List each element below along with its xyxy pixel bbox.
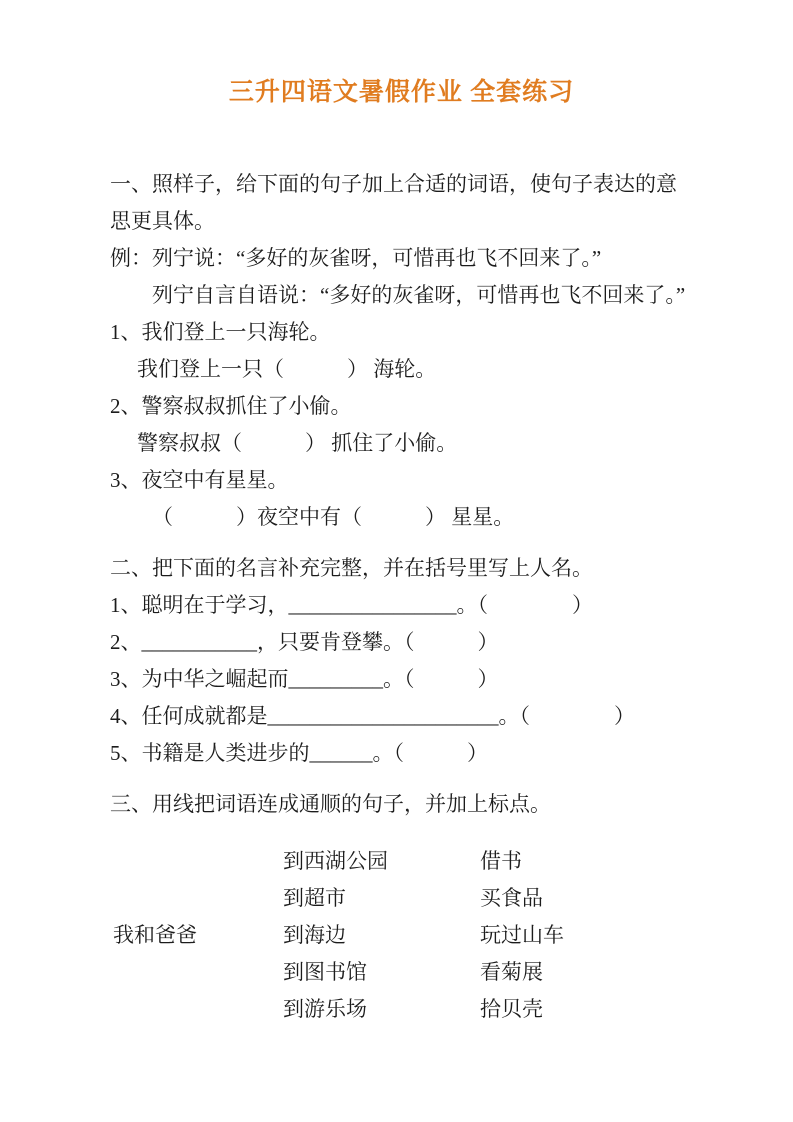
matching-destination-3: 到海边	[283, 917, 480, 954]
section-1-item-3-question: 3、夜空中有星星。	[110, 462, 693, 499]
section-3-heading: 三、用线把词语连成通顺的句子，并加上标点。	[110, 786, 693, 823]
section-1-heading: 一、照样子，给下面的句子加上合适的词语，使句子表达的意思更具体。	[110, 166, 693, 240]
section-2-item-5: 5、书籍是人类进步的______。（ ）	[110, 735, 693, 772]
matching-destination-2: 到超市	[283, 880, 480, 917]
section-3: 三、用线把词语连成通顺的句子，并加上标点。 我和爸爸 到西湖公园 到超市 到海边…	[110, 786, 693, 1028]
worksheet-page: 三升四语文暑假作业 全套练习 一、照样子，给下面的句子加上合适的词语，使句子表达…	[0, 0, 793, 1122]
section-2-item-1: 1、聪明在于学习，________________。（ ）	[110, 587, 693, 624]
section-1: 一、照样子，给下面的句子加上合适的词语，使句子表达的意思更具体。 例：列宁说：“…	[110, 166, 693, 536]
matching-destination-5: 到游乐场	[283, 991, 480, 1028]
document-title: 三升四语文暑假作业 全套练习	[110, 72, 693, 108]
section-1-item-2-answer: 警察叔叔（ ） 抓住了小偷。	[110, 425, 693, 462]
section-1-item-1-question: 1、我们登上一只海轮。	[110, 314, 693, 351]
matching-activity-1: 借书	[480, 843, 693, 880]
matching-activity-4: 看菊展	[480, 954, 693, 991]
section-2-item-4: 4、任何成就都是______________________。（ ）	[110, 698, 693, 735]
matching-destination-4: 到图书馆	[283, 954, 480, 991]
matching-destination-column: 到西湖公园 到超市 到海边 到图书馆 到游乐场	[283, 843, 480, 1028]
section-1-example-line-1: 例：列宁说：“多好的灰雀呀，可惜再也飞不回来了。”	[110, 240, 693, 277]
section-1-example-line-2: 列宁自言自语说：“多好的灰雀呀，可惜再也飞不回来了。”	[110, 277, 693, 314]
section-2-item-2: 2、___________，只要肯登攀。（ ）	[110, 624, 693, 661]
matching-activity-2: 买食品	[480, 880, 693, 917]
section-2-heading: 二、把下面的名言补充完整，并在括号里写上人名。	[110, 550, 693, 587]
matching-activity-5: 拾贝壳	[480, 991, 693, 1028]
matching-subject-column: 我和爸爸	[110, 843, 283, 1028]
section-2-item-3: 3、为中华之崛起而_________。（ ）	[110, 661, 693, 698]
section-1-item-2-question: 2、警察叔叔抓住了小偷。	[110, 388, 693, 425]
section-2: 二、把下面的名言补充完整，并在括号里写上人名。 1、聪明在于学习，_______…	[110, 550, 693, 772]
matching-activity-3: 玩过山车	[480, 917, 693, 954]
worksheet-content: 一、照样子，给下面的句子加上合适的词语，使句子表达的意思更具体。 例：列宁说：“…	[110, 166, 693, 1028]
matching-activity-column: 借书 买食品 玩过山车 看菊展 拾贝壳	[480, 843, 693, 1028]
matching-destination-1: 到西湖公园	[283, 843, 480, 880]
section-1-item-3-answer: （ ）夜空中有（ ） 星星。	[110, 499, 693, 536]
matching-exercise: 我和爸爸 到西湖公园 到超市 到海边 到图书馆 到游乐场 借书 买食品 玩过山车…	[110, 843, 693, 1028]
section-1-item-1-answer: 我们登上一只（ ） 海轮。	[110, 351, 693, 388]
matching-subject: 我和爸爸	[113, 917, 197, 954]
